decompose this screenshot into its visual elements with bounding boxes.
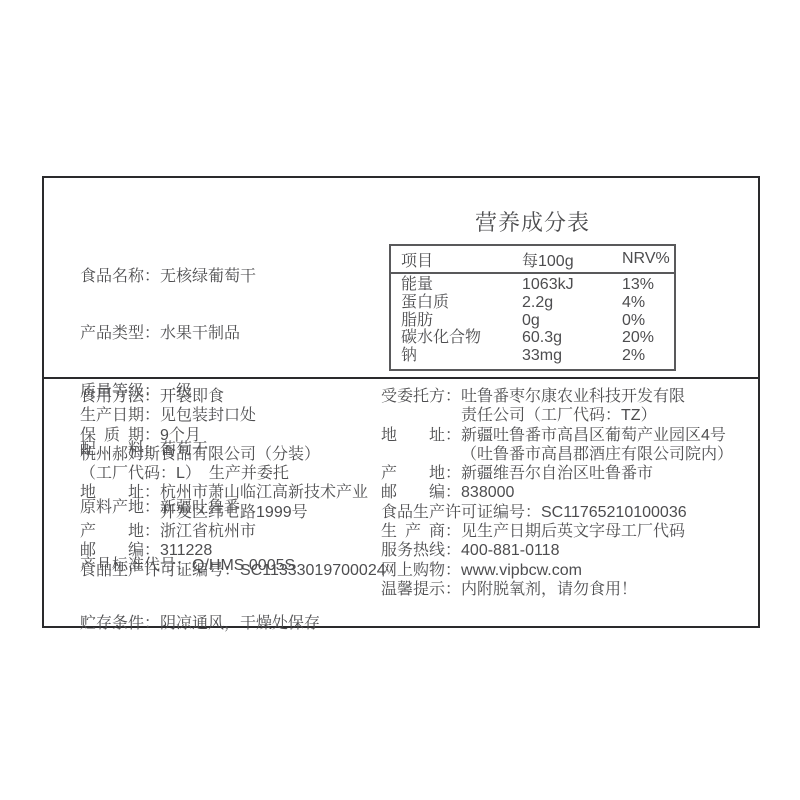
field-colon: ：	[445, 541, 461, 560]
field-label: 服务热线	[381, 541, 445, 560]
nutrient-name: 碳水化合物	[401, 329, 522, 347]
entrusted-license-line: 食品生产许可证编号：SC11765210100036	[381, 503, 747, 522]
field-value: 杭州市萧山临江高新技术产业 开发区纬七路1999号	[160, 483, 392, 522]
field-colon: ：	[445, 561, 461, 580]
field-colon: ：	[445, 387, 461, 406]
nutrition-table-body: 能量 1063kJ 13% 蛋白质 2.2g 4% 脂肪 0g 0% 碳水化合物…	[391, 274, 674, 369]
nutrient-nrv: 2%	[622, 347, 674, 365]
field-colon: ：	[445, 464, 461, 483]
field-colon: ：	[445, 483, 461, 502]
field-value: 新疆维吾尔自治区吐鲁番市	[461, 464, 747, 483]
field-colon: ：	[144, 426, 160, 445]
field-row-production-date: 生产日期 ： 见包装封口处	[80, 406, 392, 425]
field-value: 开袋即食	[160, 387, 392, 406]
nutrient-nrv: 4%	[622, 294, 674, 312]
field-value: 9个月	[160, 426, 392, 445]
field-label: 地址	[80, 483, 144, 502]
field-label: 生产商	[381, 522, 445, 541]
field-row-service-hotline: 服务热线 ： 400-881-0118	[381, 541, 747, 560]
field-row-zipcode: 邮编 ： 311228	[80, 541, 392, 560]
nutrient-nrv: 0%	[622, 312, 674, 330]
nutrient-name: 蛋白质	[401, 294, 522, 312]
distributor-info-section: 食用方法 ： 开袋即食 生产日期 ： 见包装封口处 保质期 ： 9个月 杭州郝姆…	[80, 387, 392, 580]
field-row-producer: 生产商 ： 见生产日期后英文字母工厂代码	[381, 522, 747, 541]
field-colon: ：	[445, 580, 461, 599]
field-colon: ：	[144, 483, 160, 502]
field-value: 吐鲁番枣尔康农业科技开发有限 责任公司（工厂代码：TZ）	[461, 387, 747, 426]
field-label: 地址	[381, 426, 445, 445]
nutrient-value: 33mg	[522, 347, 622, 365]
col-header-nrv: NRV%	[622, 250, 674, 268]
product-label-panel: 食品名称：无核绿葡萄干 产品类型：水果干制品 质量等级：一级 配 料：葡萄干 原…	[42, 176, 760, 628]
field-colon: ：	[144, 522, 160, 541]
field-colon: ：	[144, 541, 160, 560]
nutrient-value: 2.2g	[522, 294, 622, 312]
field-label: 产地	[381, 464, 445, 483]
field-label: 保质期	[80, 426, 144, 445]
nutrition-row-protein: 蛋白质 2.2g 4%	[391, 294, 674, 312]
distributor-company-line: 杭州郝姆斯食品有限公司（分装）	[80, 445, 392, 464]
field-label: 产地	[80, 522, 144, 541]
product-name-line: 食品名称：无核绿葡萄干	[80, 267, 320, 286]
field-row-zipcode: 邮编 ： 838000	[381, 483, 747, 502]
field-value: 见包装封口处	[160, 406, 392, 425]
field-colon: ：	[144, 387, 160, 406]
field-value: 新疆吐鲁番市高昌区葡萄产业园区4号 （吐鲁番市高昌郡酒庄有限公司院内）	[461, 426, 747, 465]
col-header-item: 项目	[401, 248, 522, 271]
storage-condition-line: 贮存条件：阴凉通风，干燥处保存	[80, 614, 320, 633]
nutrition-panel: 营养成分表 项目 每100g NRV% 能量 1063kJ 13% 蛋白质 2.…	[389, 210, 676, 371]
nutrition-table: 项目 每100g NRV% 能量 1063kJ 13% 蛋白质 2.2g 4% …	[389, 244, 676, 371]
field-colon: ：	[144, 406, 160, 425]
nutrient-name: 能量	[401, 276, 522, 294]
field-value: 浙江省杭州市	[160, 522, 392, 541]
col-header-per100g: 每100g	[522, 248, 622, 271]
field-label: 受委托方	[381, 387, 445, 406]
nutrient-nrv: 20%	[622, 329, 674, 347]
nutrition-row-energy: 能量 1063kJ 13%	[391, 276, 674, 294]
field-value: 400-881-0118	[461, 541, 747, 560]
field-row-shelf-life: 保质期 ： 9个月	[80, 426, 392, 445]
field-label: 食用方法	[80, 387, 144, 406]
field-row-warm-tip: 温馨提示 ： 内附脱氧剂，请勿食用！	[381, 580, 747, 599]
nutrition-table-header: 项目 每100g NRV%	[391, 246, 674, 274]
nutrition-row-sodium: 钠 33mg 2%	[391, 347, 674, 365]
field-row-address: 地址 ： 杭州市萧山临江高新技术产业 开发区纬七路1999号	[80, 483, 392, 522]
field-label: 邮编	[381, 483, 445, 502]
field-row-usage: 食用方法 ： 开袋即食	[80, 387, 392, 406]
field-label: 生产日期	[80, 406, 144, 425]
nutrient-nrv: 13%	[622, 276, 674, 294]
nutrient-value: 0g	[522, 312, 622, 330]
field-value: 内附脱氧剂，请勿食用！	[461, 580, 747, 599]
field-label: 网上购物	[381, 561, 445, 580]
nutrition-row-carbohydrate: 碳水化合物 60.3g 20%	[391, 329, 674, 347]
distributor-license-line: 食品生产许可证编号：SC11333019700024	[80, 561, 392, 580]
field-row-entrusted-party: 受委托方 ： 吐鲁番枣尔康农业科技开发有限 责任公司（工厂代码：TZ）	[381, 387, 747, 426]
field-value: 311228	[160, 541, 392, 560]
field-label: 温馨提示	[381, 580, 445, 599]
field-label: 邮编	[80, 541, 144, 560]
field-value: 见生产日期后英文字母工厂代码	[461, 522, 747, 541]
nutrition-table-title: 营养成分表	[389, 210, 676, 236]
field-row-address: 地址 ： 新疆吐鲁番市高昌区葡萄产业园区4号 （吐鲁番市高昌郡酒庄有限公司院内）	[381, 426, 747, 465]
nutrient-value: 60.3g	[522, 329, 622, 347]
nutrient-name: 钠	[401, 347, 522, 365]
field-row-origin: 产地 ： 新疆维吾尔自治区吐鲁番市	[381, 464, 747, 483]
nutrition-row-fat: 脂肪 0g 0%	[391, 312, 674, 330]
field-value: www.vipbcw.com	[461, 561, 747, 580]
entrusted-party-section: 受委托方 ： 吐鲁番枣尔康农业科技开发有限 责任公司（工厂代码：TZ） 地址 ：…	[381, 387, 747, 599]
product-type-line: 产品类型：水果干制品	[80, 324, 320, 343]
section-divider	[44, 377, 758, 379]
field-row-origin: 产地 ： 浙江省杭州市	[80, 522, 392, 541]
field-value: 838000	[461, 483, 747, 502]
field-colon: ：	[445, 522, 461, 541]
nutrient-value: 1063kJ	[522, 276, 622, 294]
nutrient-name: 脂肪	[401, 312, 522, 330]
field-row-online-shop: 网上购物 ： www.vipbcw.com	[381, 561, 747, 580]
field-colon: ：	[445, 426, 461, 445]
distributor-factory-code-line: （工厂代码：L） 生产并委托	[80, 464, 392, 483]
